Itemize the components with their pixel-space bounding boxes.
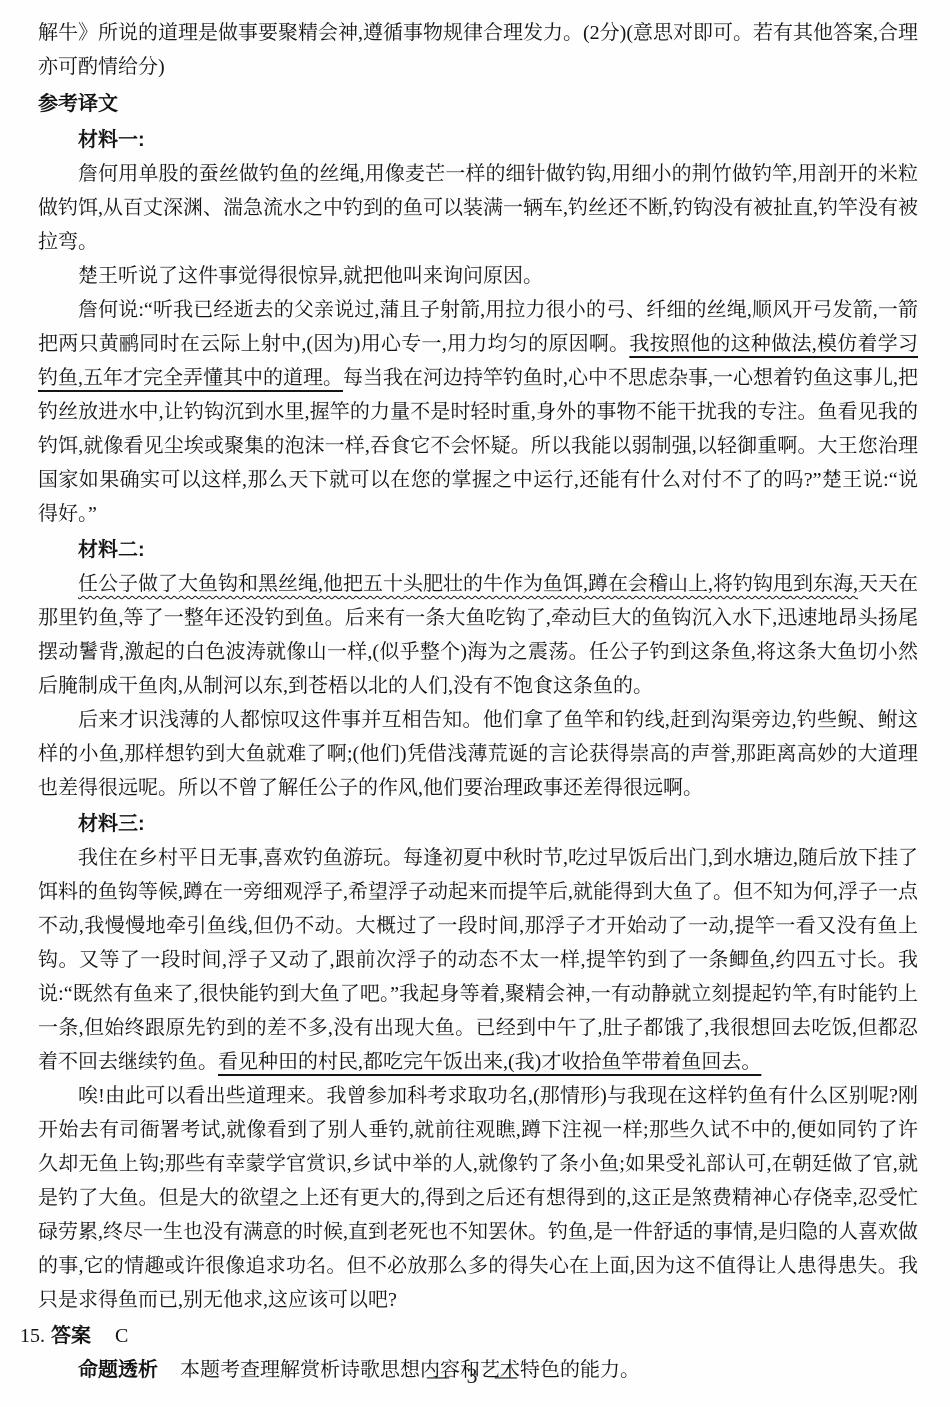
question-number: 15. <box>20 1325 45 1347</box>
page-number: — 3 — <box>427 1363 523 1388</box>
material-2-paragraph-2: 后来才识浅薄的人都惊叹这件事并互相告知。他们拿了鱼竿和钓线,赶到沟渠旁边,钓些鲵… <box>38 703 918 805</box>
material-3-p1-underlined-sentence: 看见种田的村民,都吃完午饭出来,(我)才收拾鱼竿带着鱼回去。 <box>218 1051 761 1073</box>
page-footer: — 3 — <box>0 1359 950 1393</box>
material-3-heading: 材料三: <box>78 807 918 841</box>
material-2-paragraph-1: 任公子做了大鱼钩和黑丝绳,他把五十头肥壮的牛作为鱼饵,蹲在会稽山上,将钓钩甩到东… <box>38 567 918 703</box>
material-3-paragraph-1: 我住在乡村平日无事,喜欢钓鱼游玩。每逢初夏中秋时节,吃过早饭后出门,到水塘边,随… <box>38 841 918 1079</box>
material-3-paragraph-2: 唉!由此可以看出些道理来。我曾参加科考求取功名,(那情形)与我现在这样钓鱼有什么… <box>38 1079 918 1317</box>
material-1-p3-text-after: 每当我在河边持竿钓鱼时,心中不思虑杂事,一心想着钓鱼这事儿,把钓丝放进水中,让钓… <box>38 367 918 525</box>
material-3-p1-text-before: 我住在乡村平日无事,喜欢钓鱼游玩。每逢初夏中秋时节,吃过早饭后出门,到水塘边,随… <box>38 847 918 1073</box>
material-2-heading: 材料二: <box>78 533 918 567</box>
reference-translation-heading: 参考译文 <box>38 87 918 121</box>
exam-answer-page: 解牛》所说的道理是做事要聚精会神,遵循事物规律合理发力。(2分)(意思对即可。若… <box>0 0 950 1407</box>
answer-continuation-text: 解牛》所说的道理是做事要聚精会神,遵循事物规律合理发力。(2分)(意思对即可。若… <box>38 16 918 84</box>
answer-value: C <box>115 1325 128 1347</box>
question-15-answer-row: 15.答案C <box>20 1319 918 1353</box>
material-1-paragraph-2: 楚王听说了这件事觉得很惊异,就把他叫来询问原因。 <box>38 259 918 293</box>
material-1-heading: 材料一: <box>78 123 918 157</box>
answer-label: 答案 <box>51 1325 91 1347</box>
material-1-paragraph-1: 詹何用单股的蚕丝做钓鱼的丝绳,用像麦芒一样的细针做钓钩,用细小的荆竹做钓竿,用剖… <box>38 157 918 259</box>
material-1-paragraph-3: 詹何说:“听我已经逝去的父亲说过,蒲且子射箭,用拉力很小的弓、纤细的丝绳,顺风开… <box>38 293 918 531</box>
material-2-p1-wavy-underlined-sentence: 任公子做了大鱼钩和黑丝绳,他把五十头肥壮的牛作为鱼饵,蹲在会稽山上,将钓钩甩到东… <box>78 573 858 595</box>
